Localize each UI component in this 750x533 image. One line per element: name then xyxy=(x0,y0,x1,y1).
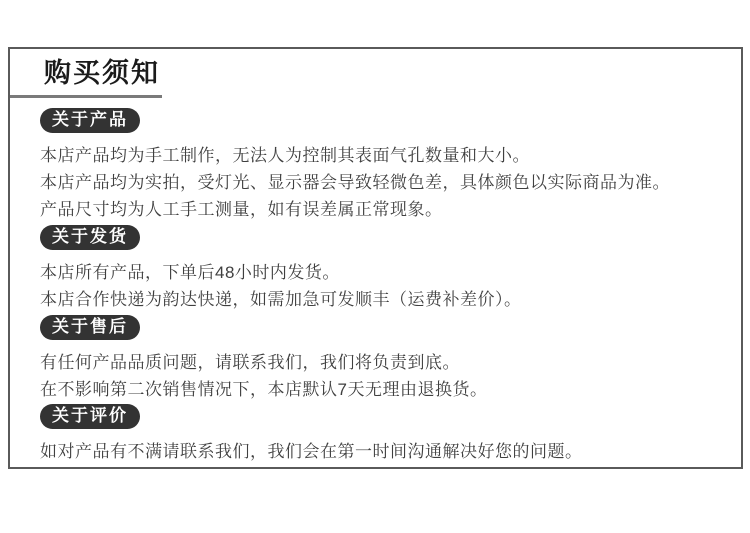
notice-line: 在不影响第二次销售情况下，本店默认7天无理由退换货。 xyxy=(40,376,741,403)
notice-line: 本店产品均为实拍，受灯光、显示器会导致轻微色差，具体颜色以实际商品为准。 xyxy=(40,169,741,196)
section-body: 本店产品均为手工制作，无法人为控制其表面气孔数量和大小。 本店产品均为实拍，受灯… xyxy=(40,142,741,223)
section-about-shipping: 关于发货 本店所有产品，下单后48小时内发货。 本店合作快递为韵达快递，如需加急… xyxy=(40,225,741,313)
section-badge-about-reviews: 关于评价 xyxy=(40,404,140,429)
section-about-product: 关于产品 本店产品均为手工制作，无法人为控制其表面气孔数量和大小。 本店产品均为… xyxy=(40,108,741,223)
page: 购买须知 关于产品 本店产品均为手工制作，无法人为控制其表面气孔数量和大小。 本… xyxy=(0,0,750,533)
notice-line: 本店合作快递为韵达快递，如需加急可发顺丰（运费补差价）。 xyxy=(40,286,741,313)
purchase-notice-panel: 购买须知 关于产品 本店产品均为手工制作，无法人为控制其表面气孔数量和大小。 本… xyxy=(8,47,743,469)
notice-line: 有任何产品品质问题，请联系我们，我们将负责到底。 xyxy=(40,349,741,376)
section-body: 如对产品有不满请联系我们，我们会在第一时间沟通解决好您的问题。 xyxy=(40,438,741,465)
section-body: 本店所有产品，下单后48小时内发货。 本店合作快递为韵达快递，如需加急可发顺丰（… xyxy=(40,259,741,313)
notice-line: 如对产品有不满请联系我们，我们会在第一时间沟通解决好您的问题。 xyxy=(40,438,741,465)
section-body: 有任何产品品质问题，请联系我们，我们将负责到底。 在不影响第二次销售情况下，本店… xyxy=(40,349,741,403)
section-about-aftersales: 关于售后 有任何产品品质问题，请联系我们，我们将负责到底。 在不影响第二次销售情… xyxy=(40,315,741,403)
notice-line: 本店所有产品，下单后48小时内发货。 xyxy=(40,259,741,286)
notice-line: 产品尺寸均为人工手工测量，如有误差属正常现象。 xyxy=(40,196,741,223)
section-badge-about-shipping: 关于发货 xyxy=(40,225,140,250)
section-about-reviews: 关于评价 如对产品有不满请联系我们，我们会在第一时间沟通解决好您的问题。 xyxy=(40,404,741,465)
section-badge-about-product: 关于产品 xyxy=(40,108,140,133)
page-title: 购买须知 xyxy=(44,55,741,91)
title-underline xyxy=(10,95,162,98)
section-badge-about-aftersales: 关于售后 xyxy=(40,315,140,340)
notice-line: 本店产品均为手工制作，无法人为控制其表面气孔数量和大小。 xyxy=(40,142,741,169)
